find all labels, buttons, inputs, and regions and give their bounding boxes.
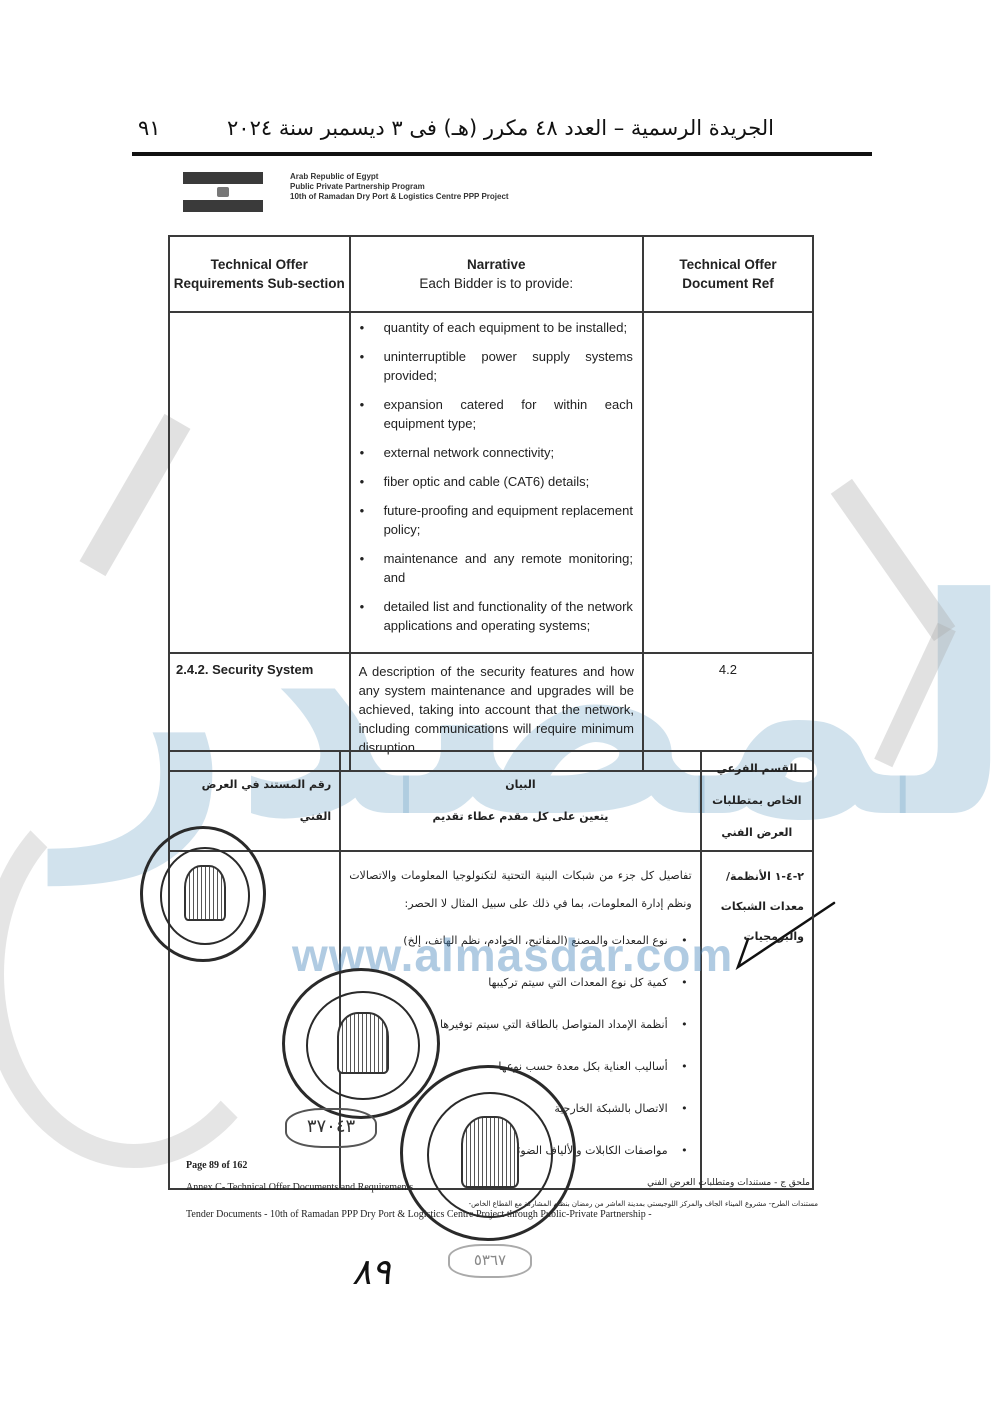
- table-header-row: القسم الفرعي الخاص بمتطلبات العرض الفني …: [169, 751, 813, 851]
- header-subsection-ar: القسم الفرعي الخاص بمتطلبات العرض الفني: [701, 751, 813, 851]
- header-doc-ref-ar: رقم المستند في العرض الفني: [169, 751, 340, 851]
- letterhead-line: 10th of Ramadan Dry Port & Logistics Cen…: [290, 192, 509, 202]
- serial-stamp: ٣٧٠٤٣: [285, 1108, 377, 1148]
- list-item: نوع المعدات والمصنع (المفاتيح، الخوادم، …: [349, 926, 691, 956]
- doc-ref-cell: [643, 312, 813, 653]
- list-item: future-proofing and equipment replacemen…: [360, 501, 633, 539]
- document-footer: Page 89 of 162 Annex C- Technical Offer …: [186, 1160, 652, 1231]
- logo-bar-top: [183, 172, 263, 184]
- serial-stamp: ٥٣٦٧: [448, 1244, 532, 1278]
- logo-emblem: [217, 187, 229, 197]
- header-narrative-subtitle-ar: يتعين على كل مقدم عطاء تقديم: [342, 801, 698, 833]
- header-rule: [132, 152, 872, 156]
- requirement-list: quantity of each equipment to be install…: [352, 314, 641, 651]
- watermark-stroke: [874, 623, 956, 767]
- gazette-title: الجريدة الرسمية – العدد ٤٨ مكرر (هـ) فى …: [227, 116, 774, 140]
- list-item: كمية كل نوع المعدات التي سيتم تركيبها: [349, 968, 691, 998]
- gazette-header: الجريدة الرسمية – العدد ٤٨ مكرر (هـ) فى …: [132, 112, 872, 152]
- list-item: uninterruptible power supply systems pro…: [360, 347, 633, 385]
- list-item: fiber optic and cable (CAT6) details;: [360, 472, 633, 491]
- list-item: أساليب العناية بكل معدة حسب نوعها: [349, 1052, 691, 1082]
- header-subsection: Technical Offer Requirements Sub-section: [169, 236, 350, 312]
- narrative-cell-ar: تفاصيل كل جزء من شبكات البنية التحتية لت…: [340, 851, 700, 1189]
- list-item: external network connectivity;: [360, 443, 633, 462]
- footer-annex: Annex C- Technical Offer Documents and R…: [186, 1182, 652, 1193]
- header-narrative-title-ar: البيان: [342, 769, 698, 801]
- table-row: quantity of each equipment to be install…: [169, 312, 813, 653]
- handwritten-signature: ٨٩: [352, 1252, 391, 1293]
- list-item: الاتصال بالشبكة الخارجية: [349, 1094, 691, 1124]
- gazette-page-number: ٩١: [138, 116, 161, 140]
- list-item: maintenance and any remote monitoring; a…: [360, 549, 633, 587]
- header-narrative-ar: البيان يتعين على كل مقدم عطاء تقديم: [340, 751, 700, 851]
- list-item: quantity of each equipment to be install…: [360, 318, 633, 337]
- footer-page-number: Page 89 of 162: [186, 1160, 652, 1171]
- header-doc-ref: Technical Offer Document Ref: [643, 236, 813, 312]
- footer-annex-ar: ملحق ج - مستندات ومتطلبات العرض الفني: [647, 1178, 810, 1188]
- letterhead-line: Public Private Partnership Program: [290, 182, 509, 192]
- narrative-intro-ar: تفاصيل كل جزء من شبكات البنية التحتية لت…: [349, 862, 691, 918]
- footer-tender-ar: مستندات الطرح- مشروع الميناء الجاف والمر…: [456, 1200, 818, 1208]
- arabic-requirements-table: القسم الفرعي الخاص بمتطلبات العرض الفني …: [168, 750, 814, 1190]
- header-narrative-subtitle: Each Bidder is to provide:: [352, 274, 641, 293]
- letterhead-line: Arab Republic of Egypt: [290, 172, 509, 182]
- ppp-logo: [183, 172, 263, 212]
- requirement-list-ar: نوع المعدات والمصنع (المفاتيح، الخوادم، …: [349, 926, 691, 1166]
- list-item: expansion catered for within each equipm…: [360, 395, 633, 433]
- logo-bar-bottom: [183, 200, 263, 212]
- table-header-row: Technical Offer Requirements Sub-section…: [169, 236, 813, 312]
- footer-tender: Tender Documents - 10th of Ramadan PPP D…: [186, 1209, 652, 1220]
- letterhead: Arab Republic of Egypt Public Private Pa…: [290, 172, 509, 202]
- watermark-stroke: [831, 479, 956, 641]
- header-narrative: Narrative Each Bidder is to provide:: [350, 236, 643, 312]
- list-item: أنظمة الإمداد المتواصل بالطاقة التي سيتم…: [349, 1010, 691, 1040]
- english-requirements-table: Technical Offer Requirements Sub-section…: [168, 235, 814, 772]
- table-row: ٢-٤-١ الأنظمة/ معدات الشبكات والبرمجيات …: [169, 851, 813, 1189]
- subsection-cell: [169, 312, 350, 653]
- list-item: detailed list and functionality of the n…: [360, 597, 633, 635]
- header-narrative-title: Narrative: [352, 255, 641, 274]
- subsection-cell-ar: ٢-٤-١ الأنظمة/ معدات الشبكات والبرمجيات: [701, 851, 813, 1189]
- narrative-cell: quantity of each equipment to be install…: [350, 312, 643, 653]
